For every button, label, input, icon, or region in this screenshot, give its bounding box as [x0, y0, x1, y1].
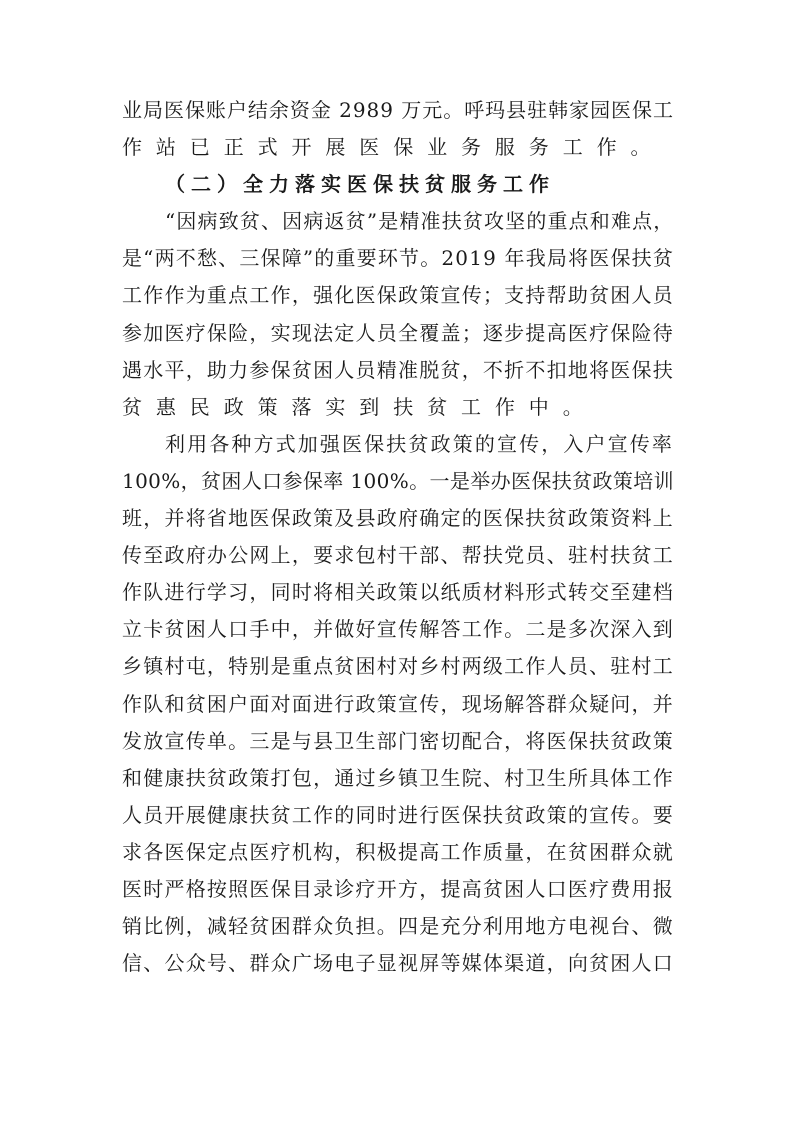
paragraph-continuation: 业局医保账户结余资金 2989 万元。呼玛县驻韩家园医保工 作站已正式开展医保业…	[122, 92, 674, 166]
text-line: 工作作为重点工作，强化医保政策宣传；支持帮助贫困人员	[122, 277, 674, 314]
text-line: 乡镇村屯，特别是重点贫困村对乡村两级工作人员、驻村工	[122, 648, 674, 685]
text-line: 作队进行学习，同时将相关政策以纸质材料形式转交至建档	[122, 574, 674, 611]
section-heading: （二）全力落实医保扶贫服务工作	[122, 166, 674, 203]
text-line: 是“两不愁、三保障”的重要环节。2019 年我局将医保扶贫	[122, 240, 674, 277]
text-line: 立卡贫困人口手中，并做好宣传解答工作。二是多次深入到	[122, 611, 674, 648]
text-line: 人员开展健康扶贫工作的同时进行医保扶贫政策的宣传。要	[122, 797, 674, 834]
text-line: 求各医保定点医疗机构，积极提高工作质量，在贫困群众就	[122, 834, 674, 871]
text-line: 作队和贫困户面对面进行政策宣传，现场解答群众疑问，并	[122, 686, 674, 723]
text-line: 参加医疗保险，实现法定人员全覆盖；逐步提高医疗保险待	[122, 315, 674, 352]
text-line: 和健康扶贫政策打包，通过乡镇卫生院、村卫生所具体工作	[122, 760, 674, 797]
text-line: 100%，贫困人口参保率 100%。一是举办医保扶贫政策培训	[122, 463, 674, 500]
paragraph-poverty-intro: “因病致贫、因病返贫”是精准扶贫攻坚的重点和难点， 是“两不愁、三保障”的重要环…	[122, 203, 674, 426]
text-line: 贫惠民政策落实到扶贫工作中。	[122, 389, 674, 426]
text-line: 销比例，减轻贫困群众负担。四是充分利用地方电视台、微	[122, 908, 674, 945]
text-line: 利用各种方式加强医保扶贫政策的宣传，入户宣传率	[122, 426, 674, 463]
document-page: 业局医保账户结余资金 2989 万元。呼玛县驻韩家园医保工 作站已正式开展医保业…	[122, 92, 674, 982]
text-line: 业局医保账户结余资金 2989 万元。呼玛县驻韩家园医保工	[122, 92, 674, 129]
text-line: 作站已正式开展医保业务服务工作。	[122, 129, 674, 166]
text-line: “因病致贫、因病返贫”是精准扶贫攻坚的重点和难点，	[122, 203, 674, 240]
text-line: 班，并将省地医保政策及县政府确定的医保扶贫政策资料上	[122, 500, 674, 537]
text-line: 信、公众号、群众广场电子显视屏等媒体渠道，向贫困人口	[122, 945, 674, 982]
text-line: 发放宣传单。三是与县卫生部门密切配合，将医保扶贫政策	[122, 723, 674, 760]
paragraph-policy-promotion: 利用各种方式加强医保扶贫政策的宣传，入户宣传率 100%，贫困人口参保率 100…	[122, 426, 674, 982]
text-line: 遇水平，助力参保贫困人员精准脱贫，不折不扣地将医保扶	[122, 352, 674, 389]
section-heading-text: （二）全力落实医保扶贫服务工作	[122, 166, 674, 203]
text-line: 医时严格按照医保目录诊疗开方，提高贫困人口医疗费用报	[122, 871, 674, 908]
text-line: 传至政府办公网上，要求包村干部、帮扶党员、驻村扶贫工	[122, 537, 674, 574]
